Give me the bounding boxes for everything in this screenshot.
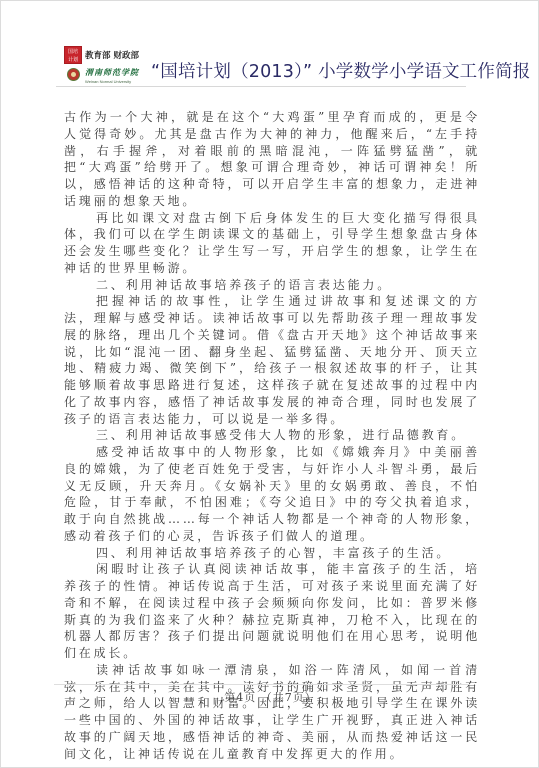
section-heading: 三、利用神话故事感受伟大人物的形象，进行品德教育。 [64, 427, 480, 444]
paragraph: 把握神话的故事性，让学生通过讲故事和复述课文的方法，理解与感受神话。读神话故事可… [64, 293, 480, 427]
document-page: 国培计划 教育部 财政部 渭南师范学院 Weinan Normal Univer… [0, 0, 539, 768]
page-header: 国培计划 教育部 财政部 渭南师范学院 Weinan Normal Univer… [63, 45, 483, 89]
footer-divider [54, 684, 470, 685]
paragraph: 闲暇时让孩子认真阅读神话故事，能丰富孩子的生活，培养孩子的性情。神话传说高于生活… [64, 561, 480, 662]
university-name-en: Weinan Normal University [85, 79, 131, 84]
header-divider [56, 86, 466, 87]
ministry-label: 教育部 财政部 [85, 49, 139, 61]
university-name-cn: 渭南师范学院 [85, 67, 139, 78]
paragraph: 再比如课文对盘古倒下后身体发生的巨大变化描写得很具体，我们可以在学生朗读课文的基… [64, 210, 480, 277]
university-seal-icon [67, 68, 80, 81]
paragraph: 古作为一个大神，就是在这个“大鸡蛋”里孕育而成的，更是令人觉得奇妙。尤其是盘古作… [64, 109, 480, 210]
section-heading: 二、利用神话故事培养孩子的语言表达能力。 [64, 277, 480, 294]
article-body: 古作为一个大神，就是在这个“大鸡蛋”里孕育而成的，更是令人觉得奇妙。尤其是盘古作… [64, 109, 480, 762]
page-number: 第4页 （共7页） [1, 689, 539, 705]
paragraph: 读神话故事如咏一潭清泉，如浴一阵清风，如闻一首清弦，乐在其中，美在其中。读好书的… [64, 662, 480, 763]
bulletin-title: “国培计划（2013）” 小学数学小学语文工作简报 [151, 58, 530, 83]
paragraph: 感受神话故事中的人物形象，比如《嫦娥奔月》中美丽善良的嫦娥，为了使老百姓免于受害… [64, 444, 480, 545]
section-heading: 四、利用神话故事培养孩子的心智，丰富孩子的生活。 [64, 545, 480, 562]
guopei-logo-icon: 国培计划 [64, 46, 82, 64]
